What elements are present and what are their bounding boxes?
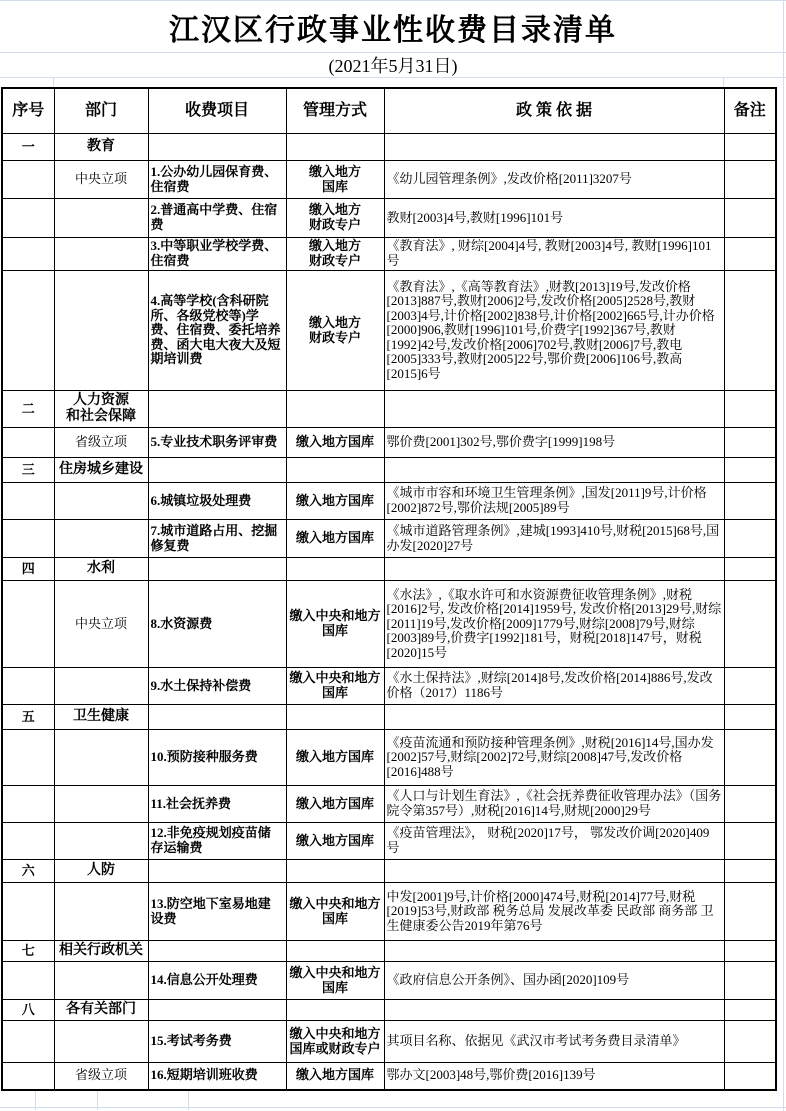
- department-cell: 住房城乡建设: [54, 458, 148, 483]
- table-row: 9.水土保持补偿费缴入中央和地方 国库《水土保持法》,财综[2014]8号,发改…: [2, 668, 776, 705]
- remark-cell: [724, 668, 776, 705]
- table-row: 14.信息公开处理费缴入中央和地方 国库《政府信息公开条例》、国办函[2020]…: [2, 962, 776, 1000]
- department-cell: [54, 823, 148, 860]
- fee-item-cell: [148, 860, 286, 883]
- department-cell: [54, 238, 148, 271]
- remark-cell: [724, 730, 776, 786]
- remark-cell: [724, 428, 776, 458]
- department-cell: [54, 1021, 148, 1063]
- fee-item-cell: 14.信息公开处理费: [148, 962, 286, 1000]
- policy-basis-cell: 《城市市容和环境卫生管理条例》,国发[2011]9号,计价格[2002]872号…: [384, 483, 724, 520]
- policy-basis-cell: 《政府信息公开条例》、国办函[2020]109号: [384, 962, 724, 1000]
- management-method-cell: 缴入地方 国库: [286, 161, 384, 199]
- header-remark: 备注: [724, 88, 776, 134]
- remark-cell: [724, 941, 776, 962]
- fee-item-cell: [148, 705, 286, 730]
- remark-cell: [724, 238, 776, 271]
- seq-number-cell: 一: [2, 134, 54, 161]
- management-method-cell: [286, 458, 384, 483]
- policy-basis-cell: 《人口与计划生育法》,《社会抚养费征收管理办法》（国务院令第357号）,财税[2…: [384, 786, 724, 823]
- policy-basis-cell: 其项目名称、依据见《武汉市考试考务费目录清单》: [384, 1021, 724, 1063]
- section-row: 二人力资源 和社会保障: [2, 391, 776, 428]
- gridline: [783, 0, 784, 1111]
- remark-cell: [724, 483, 776, 520]
- policy-basis-cell: [384, 860, 724, 883]
- management-method-cell: 缴入地方 财政专户: [286, 238, 384, 271]
- policy-basis-cell: 《疫苗管理法》， 财税[2020]17号， 鄂发改价调[2020]409号: [384, 823, 724, 860]
- fee-item-cell: 16.短期培训班收费: [148, 1063, 286, 1090]
- fee-item-cell: [148, 391, 286, 428]
- header-seq-number: 序号: [2, 88, 54, 134]
- department-cell: 卫生健康: [54, 705, 148, 730]
- seq-number-cell: [2, 581, 54, 668]
- management-method-cell: 缴入地方国库: [286, 483, 384, 520]
- policy-basis-cell: 《水土保持法》,财综[2014]8号,发改价格[2014]886号,发改价格（2…: [384, 668, 724, 705]
- department-cell: 人力资源 和社会保障: [54, 391, 148, 428]
- remark-cell: [724, 458, 776, 483]
- department-cell: 人防: [54, 860, 148, 883]
- management-method-cell: 缴入地方国库: [286, 730, 384, 786]
- spreadsheet-page: 江汉区行政事业性收费目录清单 (2021年5月31日) 序号 部门 收费项目 管…: [0, 0, 786, 1111]
- remark-cell: [724, 271, 776, 391]
- remark-cell: [724, 1000, 776, 1021]
- department-cell: [54, 520, 148, 558]
- section-row: 四水利: [2, 558, 776, 581]
- fee-item-cell: 4.高等学校(含科研院所、各级党校等)学费、住宿费、委托培养费、函大电大夜大及短…: [148, 271, 286, 391]
- management-method-cell: [286, 134, 384, 161]
- fee-item-cell: [148, 458, 286, 483]
- department-cell: [54, 271, 148, 391]
- table-row: 7.城市道路占用、挖掘修复费缴入地方国库《城市道路管理条例》,建城[1993]4…: [2, 520, 776, 558]
- table-row: 13.防空地下室易地建设费缴入中央和地方 国库中发[2001]9号,计价格[20…: [2, 883, 776, 941]
- seq-number-cell: [2, 1021, 54, 1063]
- remark-cell: [724, 883, 776, 941]
- policy-basis-cell: [384, 134, 724, 161]
- department-cell: 省级立项: [54, 1063, 148, 1090]
- section-row: 三住房城乡建设: [2, 458, 776, 483]
- remark-cell: [724, 860, 776, 883]
- remark-cell: [724, 558, 776, 581]
- seq-number-cell: 二: [2, 391, 54, 428]
- fee-item-cell: 8.水资源费: [148, 581, 286, 668]
- table-row: 6.城镇垃圾处理费缴入地方国库《城市市容和环境卫生管理条例》,国发[2011]9…: [2, 483, 776, 520]
- department-cell: 水利: [54, 558, 148, 581]
- fee-item-cell: 1.公办幼儿园保育费、住宿费: [148, 161, 286, 199]
- policy-basis-cell: [384, 941, 724, 962]
- seq-number-cell: 六: [2, 860, 54, 883]
- fee-item-cell: 3.中等职业学校学费、住宿费: [148, 238, 286, 271]
- seq-number-cell: 三: [2, 458, 54, 483]
- table-row: 中央立项8.水资源费缴入中央和地方 国库《水法》,《取水许可和水资源费征收管理条…: [2, 581, 776, 668]
- management-method-cell: 缴入地方国库: [286, 1063, 384, 1090]
- seq-number-cell: [2, 161, 54, 199]
- fee-item-cell: 15.考试考务费: [148, 1021, 286, 1063]
- table-row: 中央立项1.公办幼儿园保育费、住宿费缴入地方 国库《幼儿园管理条例》,发改价格[…: [2, 161, 776, 199]
- fee-item-cell: [148, 941, 286, 962]
- policy-basis-cell: [384, 458, 724, 483]
- fee-item-cell: 7.城市道路占用、挖掘修复费: [148, 520, 286, 558]
- remark-cell: [724, 962, 776, 1000]
- management-method-cell: 缴入中央和地方 国库或财政专户: [286, 1021, 384, 1063]
- management-method-cell: 缴入中央和地方 国库: [286, 668, 384, 705]
- remark-cell: [724, 823, 776, 860]
- policy-basis-cell: [384, 391, 724, 428]
- seq-number-cell: 四: [2, 558, 54, 581]
- policy-basis-cell: [384, 705, 724, 730]
- seq-number-cell: [2, 483, 54, 520]
- fee-schedule-table: 序号 部门 收费项目 管理方式 政 策 依 据 备注 一教育中央立项1.公办幼儿…: [1, 87, 777, 1091]
- fee-item-cell: 6.城镇垃圾处理费: [148, 483, 286, 520]
- page-title: 江汉区行政事业性收费目录清单: [0, 0, 786, 53]
- department-cell: 教育: [54, 134, 148, 161]
- management-method-cell: 缴入中央和地方 国库: [286, 962, 384, 1000]
- seq-number-cell: [2, 238, 54, 271]
- management-method-cell: 缴入地方国库: [286, 823, 384, 860]
- bottom-margin-strip: [0, 1091, 786, 1110]
- policy-basis-cell: 《城市道路管理条例》,建城[1993]410号,财税[2015]68号,国办发[…: [384, 520, 724, 558]
- seq-number-cell: [2, 883, 54, 941]
- policy-basis-cell: [384, 1000, 724, 1021]
- policy-basis-cell: 《教育法》, 财综[2004]4号, 教财[2003]4号, 教财[1996]1…: [384, 238, 724, 271]
- gridline: [723, 78, 724, 87]
- policy-basis-cell: 鄂办文[2003]48号,鄂价费[2016]139号: [384, 1063, 724, 1090]
- management-method-cell: [286, 1000, 384, 1021]
- spacer-row: [0, 78, 786, 87]
- header-row: 序号 部门 收费项目 管理方式 政 策 依 据 备注: [2, 88, 776, 134]
- management-method-cell: 缴入地方 财政专户: [286, 199, 384, 238]
- header-department: 部门: [54, 88, 148, 134]
- table-row: 省级立项16.短期培训班收费缴入地方国库鄂办文[2003]48号,鄂价费[201…: [2, 1063, 776, 1090]
- remark-cell: [724, 134, 776, 161]
- department-cell: 各有关部门: [54, 1000, 148, 1021]
- seq-number-cell: [2, 823, 54, 860]
- management-method-cell: 缴入地方国库: [286, 786, 384, 823]
- remark-cell: [724, 1063, 776, 1090]
- remark-cell: [724, 1021, 776, 1063]
- table-row: 2.普通高中学费、住宿费缴入地方 财政专户教财[2003]4号,教财[1996]…: [2, 199, 776, 238]
- seq-number-cell: [2, 520, 54, 558]
- section-row: 八各有关部门: [2, 1000, 776, 1021]
- management-method-cell: [286, 391, 384, 428]
- fee-item-cell: 2.普通高中学费、住宿费: [148, 199, 286, 238]
- department-cell: 相关行政机关: [54, 941, 148, 962]
- remark-cell: [724, 786, 776, 823]
- management-method-cell: 缴入中央和地方 国库: [286, 883, 384, 941]
- department-cell: [54, 962, 148, 1000]
- fee-item-cell: 9.水土保持补偿费: [148, 668, 286, 705]
- management-method-cell: [286, 558, 384, 581]
- management-method-cell: 缴入地方 财政专户: [286, 271, 384, 391]
- fee-item-cell: [148, 1000, 286, 1021]
- remark-cell: [724, 581, 776, 668]
- table-row: 11.社会抚养费缴入地方国库《人口与计划生育法》,《社会抚养费征收管理办法》（国…: [2, 786, 776, 823]
- remark-cell: [724, 199, 776, 238]
- department-cell: 省级立项: [54, 428, 148, 458]
- section-row: 一教育: [2, 134, 776, 161]
- management-method-cell: [286, 860, 384, 883]
- fee-item-cell: 11.社会抚养费: [148, 786, 286, 823]
- fee-item-cell: 10.预防接种服务费: [148, 730, 286, 786]
- policy-basis-cell: 《疫苗流通和预防接种管理条例》,财税[2016]14号,国办发[2002]57号…: [384, 730, 724, 786]
- seq-number-cell: [2, 962, 54, 1000]
- page-date: (2021年5月31日): [0, 53, 786, 78]
- policy-basis-cell: 教财[2003]4号,教财[1996]101号: [384, 199, 724, 238]
- policy-basis-cell: 中发[2001]9号,计价格[2000]474号,财税[2014]77号,财税[…: [384, 883, 724, 941]
- table-row: 10.预防接种服务费缴入地方国库《疫苗流通和预防接种管理条例》,财税[2016]…: [2, 730, 776, 786]
- seq-number-cell: [2, 730, 54, 786]
- gridline: [0, 1107, 786, 1108]
- remark-cell: [724, 520, 776, 558]
- remark-cell: [724, 391, 776, 428]
- department-cell: [54, 199, 148, 238]
- management-method-cell: 缴入地方国库: [286, 520, 384, 558]
- fee-item-cell: [148, 558, 286, 581]
- department-cell: 中央立项: [54, 581, 148, 668]
- seq-number-cell: [2, 668, 54, 705]
- fee-item-cell: 13.防空地下室易地建设费: [148, 883, 286, 941]
- header-management-method: 管理方式: [286, 88, 384, 134]
- table-row: 省级立项5.专业技术职务评审费缴入地方国库鄂价费[2001]302号,鄂价费字[…: [2, 428, 776, 458]
- department-cell: [54, 668, 148, 705]
- table-row: 15.考试考务费缴入中央和地方 国库或财政专户其项目名称、依据见《武汉市考试考务…: [2, 1021, 776, 1063]
- remark-cell: [724, 161, 776, 199]
- management-method-cell: 缴入地方国库: [286, 428, 384, 458]
- management-method-cell: [286, 705, 384, 730]
- policy-basis-cell: 《水法》,《取水许可和水资源费征收管理条例》,财税[2016]2号, 发改价格[…: [384, 581, 724, 668]
- header-fee-item: 收费项目: [148, 88, 286, 134]
- fee-item-cell: [148, 134, 286, 161]
- department-cell: [54, 483, 148, 520]
- policy-basis-cell: [384, 558, 724, 581]
- section-row: 七相关行政机关: [2, 941, 776, 962]
- table-row: 3.中等职业学校学费、住宿费缴入地方 财政专户《教育法》, 财综[2004]4号…: [2, 238, 776, 271]
- management-method-cell: 缴入中央和地方 国库: [286, 581, 384, 668]
- gridline: [53, 78, 54, 87]
- seq-number-cell: [2, 428, 54, 458]
- management-method-cell: [286, 941, 384, 962]
- seq-number-cell: [2, 199, 54, 238]
- remark-cell: [724, 705, 776, 730]
- header-policy-basis: 政 策 依 据: [384, 88, 724, 134]
- policy-basis-cell: 《幼儿园管理条例》,发改价格[2011]3207号: [384, 161, 724, 199]
- seq-number-cell: [2, 786, 54, 823]
- department-cell: [54, 883, 148, 941]
- policy-basis-cell: 鄂价费[2001]302号,鄂价费字[1999]198号: [384, 428, 724, 458]
- department-cell: 中央立项: [54, 161, 148, 199]
- section-row: 六人防: [2, 860, 776, 883]
- fee-item-cell: 12.非免疫规划疫苗储存运输费: [148, 823, 286, 860]
- seq-number-cell: 七: [2, 941, 54, 962]
- seq-number-cell: [2, 271, 54, 391]
- section-row: 五卫生健康: [2, 705, 776, 730]
- department-cell: [54, 730, 148, 786]
- fee-item-cell: 5.专业技术职务评审费: [148, 428, 286, 458]
- seq-number-cell: [2, 1063, 54, 1090]
- seq-number-cell: 五: [2, 705, 54, 730]
- table-row: 12.非免疫规划疫苗储存运输费缴入地方国库《疫苗管理法》， 财税[2020]17…: [2, 823, 776, 860]
- policy-basis-cell: 《教育法》,《高等教育法》,财教[2013]19号,发改价格[2013]887号…: [384, 271, 724, 391]
- department-cell: [54, 786, 148, 823]
- seq-number-cell: 八: [2, 1000, 54, 1021]
- table-row: 4.高等学校(含科研院所、各级党校等)学费、住宿费、委托培养费、函大电大夜大及短…: [2, 271, 776, 391]
